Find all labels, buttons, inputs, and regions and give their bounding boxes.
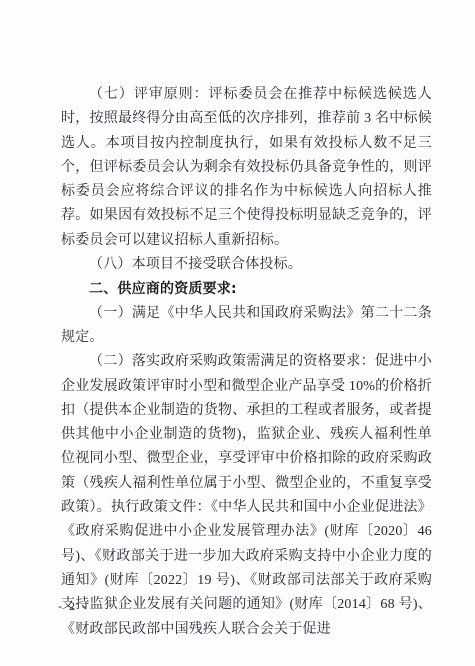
paragraph-qualification-item1: （一）满足《中华人民共和国政府采购法》第二十二条规定。 (61, 302, 432, 351)
paragraph-qualification-item2-policy: （二）落实政府采购政策需满足的资格要求：促进中小企业发展政策评审时小型和微型企业… (61, 350, 432, 642)
paragraph-item7-review-principles: （七）评审原则：评标委员会在推荐中标候选候选人时，按照最终得分由高至低的次序排列… (61, 83, 432, 253)
document-body: （七）评审原则：评标委员会在推荐中标候选候选人时，按照最终得分由高至低的次序排列… (61, 83, 432, 642)
section-heading-supplier-qualification-requirements: 二、供应商的资质要求: (61, 277, 432, 301)
document-page: （七）评审原则：评标委员会在推荐中标候选候选人时，按照最终得分由高至低的次序排列… (0, 0, 475, 666)
paragraph-item8-no-consortium-bids: （八）本项目不接受联合体投标。 (61, 253, 432, 277)
page-number: - 2 - (58, 599, 88, 614)
